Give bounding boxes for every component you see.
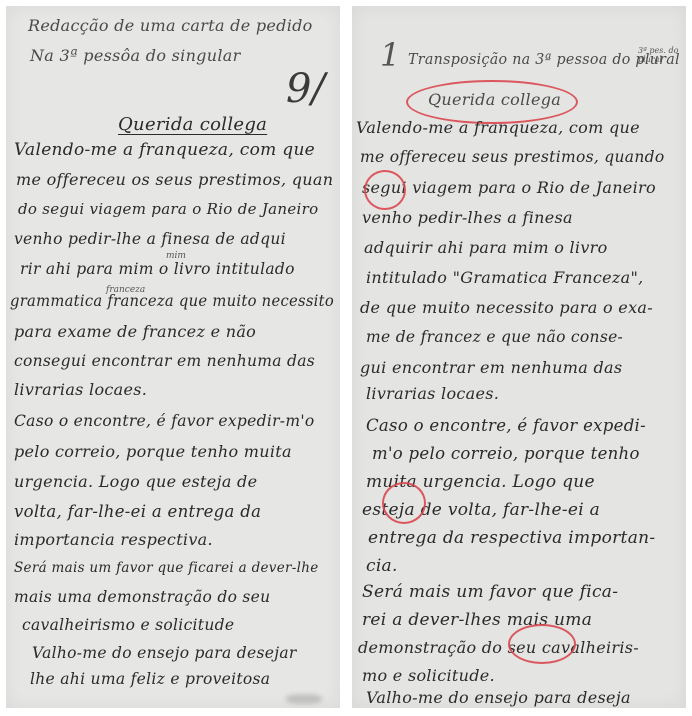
letter-line: importancia respectiva.	[14, 530, 213, 549]
letter-line: me offereceu os seus prestimos, quan	[16, 170, 333, 189]
scanned-page-original: Redacção de uma carta de pedido Na 3ª pe…	[6, 6, 340, 708]
letter-line: Caso o encontre, é favor expedir-m'o	[14, 412, 315, 430]
letter-line: intitulado "Gramatica Franceza",	[366, 268, 644, 287]
letter-line: consegui encontrar em nenhuma das	[14, 352, 315, 370]
letter-line: me offereceu seus prestimos, quando	[360, 148, 664, 166]
grade-mark: 9/	[286, 66, 325, 112]
annotation-circle-segui	[364, 170, 406, 210]
letter-line: Valho-me do ensejo para desejar	[32, 644, 297, 662]
letter-line: pelo correio, porque tenho muita	[14, 442, 292, 461]
letter-line: livrarias locaes.	[366, 384, 499, 403]
letter-line: Caso o encontre, é favor expedi-	[366, 416, 646, 435]
letter-line: de que muito necessito para o exa-	[360, 298, 653, 317]
letter-line: adquirir ahi para mim o livro	[364, 238, 608, 257]
letter-line: grammatica franceza que muito necessito	[10, 292, 334, 310]
letter-line: venho pedir-lhes a finesa	[362, 208, 573, 227]
letter-line: do segui viagem para o Rio de Janeiro	[18, 200, 318, 218]
letter-line: Será mais um favor que fica-	[362, 582, 618, 602]
letter-line: livrarias locaes.	[14, 380, 147, 399]
salutation: Querida collega	[118, 114, 267, 135]
letter-line: Valho-me do ensejo para deseja	[366, 688, 631, 707]
letter-line: mais uma demonstração do seu	[14, 588, 270, 606]
letter-line: gui encontrar em nenhuma das	[360, 358, 622, 377]
corner-note: 3ª pes. do plural	[638, 46, 682, 64]
scanned-page-transposition: 1 Transposição na 3ª pessoa do plural 3ª…	[352, 6, 686, 708]
letter-line: mo e solicitude.	[362, 666, 495, 685]
heading-line-1: Redacção de uma carta de pedido	[28, 16, 313, 35]
letter-line: cavalheirismo e solicitude	[22, 616, 234, 634]
annotation-circle-esteja	[382, 482, 426, 524]
letter-line: demonstração do seu cavalheiris-	[358, 638, 639, 657]
letter-line: Valendo-me a franqueza, com que	[14, 140, 315, 160]
margin-number: 1	[380, 36, 400, 74]
letter-line: urgencia. Logo que esteja de	[14, 472, 257, 491]
letter-line: para exame de francez e não	[14, 322, 256, 341]
ink-smudge	[286, 694, 322, 704]
heading-line-2: Na 3ª pessôa do singular	[30, 46, 241, 65]
letter-line: venho pedir-lhe a finesa de adqui	[14, 230, 286, 248]
letter-line: cia.	[366, 556, 398, 576]
letter-line: lhe ahi uma feliz e proveitosa	[30, 670, 270, 688]
letter-line: m'o pelo correio, porque tenho	[372, 444, 640, 463]
letter-line: Será mais um favor que ficarei a dever-l…	[14, 560, 319, 576]
annotation-circle-do-seu	[508, 624, 576, 664]
letter-line: segui viagem para o Rio de Janeiro	[362, 178, 656, 197]
letter-line: Valendo-me a franqueza, com que	[356, 118, 640, 137]
letter-line: rir ahi para mim o livro intitulado	[20, 260, 295, 278]
letter-line: me de francez e que não conse-	[366, 328, 623, 346]
letter-line: entrega da respectiva importan-	[368, 528, 655, 548]
letter-line: volta, far-lhe-ei a entrega da	[14, 502, 261, 521]
